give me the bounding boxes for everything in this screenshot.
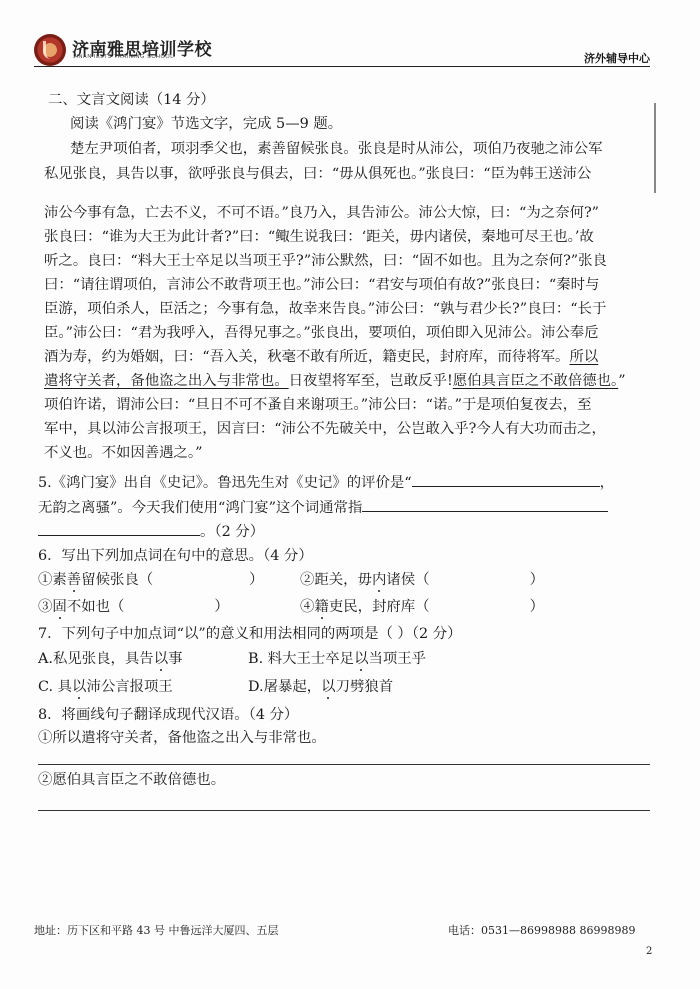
- q5-score: 。（2 分）: [200, 524, 264, 540]
- passage-line: 酒为寿，约为婚姻，曰：“吾入关，秋毫不敢有所近，籍吏民，封府库，而待将军。所以: [44, 347, 598, 367]
- underlined-text: 愿伯具言臣之不敢倍德也。: [453, 373, 619, 389]
- passage-line: 楚左尹项伯者，项羽季父也，素善留候张良。张良是时从沛公，项伯乃夜驰之沛公军: [70, 139, 602, 159]
- exam-page: 济南雅思培训学校 JINAN IELTS TRAINING SCHOOL 济外辅…: [0, 0, 700, 989]
- option-text: A.私见张良，具告: [38, 651, 154, 667]
- passage-line: 曰：“请往谓项伯，言沛公不敢背项王也。”沛公曰：“君安与项伯有故?”张良曰：“秦…: [44, 275, 599, 295]
- passage-line: 遣将守关者，备他盗之出入与非常也。日夜望将军至，岂敢反乎!愿伯具言臣之不敢倍德也…: [44, 371, 626, 391]
- q6-text: 诸侯（: [386, 572, 429, 588]
- question-7-title: 7．下列句子中加点词“以”的意义和用法相同的两项是（ ）（2 分）: [38, 624, 462, 644]
- option-text: C. 具: [38, 679, 72, 695]
- option-text: 刀劈狼首: [336, 679, 394, 695]
- q6-text: ）: [530, 572, 544, 588]
- passage-line: 臣。”沛公曰：“君为我呼入，吾得兄事之。”张良出，要项伯，项伯即入见沛公。沛公奉…: [44, 323, 599, 343]
- passage-text: 日夜望将军至，岂敢反乎!: [289, 373, 453, 389]
- passage-line: 军中，具以沛公言报项王，因言曰：“沛公不先破关中，公岂敢入乎?今人有大功而击之，: [44, 419, 606, 439]
- q7-option-d[interactable]: D.屠暴起，以刀劈狼首: [248, 677, 393, 697]
- question-6-title: 6．写出下列加点词在句中的意思。（4 分）: [38, 546, 313, 566]
- school-logo-icon: [34, 34, 66, 66]
- q6-text: ②距关，毋: [300, 572, 372, 588]
- passage-line: 张良曰：“谁为大王为此计者?”曰：“鲰生说我曰：‘距关，毋内诸侯，秦地可尽王也。…: [44, 227, 594, 247]
- passage-line: 项伯许诺，谓沛公曰：“旦日不可不蚤自来谢项王。”沛公曰：“诺。”于是项伯复夜去，…: [44, 395, 591, 415]
- option-text: 沛公言报项王: [86, 679, 172, 695]
- q6-text: ④: [300, 599, 314, 615]
- answer-line-2[interactable]: [38, 810, 650, 811]
- answer-line-1[interactable]: [38, 764, 650, 765]
- section-intro: 阅读《鸿门宴》节选文字，完成 5—9 题。: [70, 114, 342, 134]
- question-5-cont: 无韵之离骚”。今天我们使用“鸿门宴”这个词通常指: [38, 497, 608, 518]
- passage-line: 听之。良曰：“料大王士卒足以当项王乎?”沛公默然，曰：“固不如也。且为之奈何?”…: [44, 251, 607, 271]
- answer-blank[interactable]: [38, 521, 200, 536]
- question-5: 5.《鸿门宴》出自《史记》。鲁迅先生对《史记》的评价是“，: [38, 472, 614, 493]
- q7-option-b[interactable]: B. 料大王士卒足以当项王乎: [248, 649, 426, 669]
- q6-text: ①素: [38, 572, 67, 588]
- dotted-word: 以: [321, 679, 335, 695]
- q5-text: 5.《鸿门宴》出自《史记》。鲁迅先生对《史记》的评价是“: [38, 475, 412, 491]
- option-text: 事: [168, 651, 182, 667]
- q6-text: ）: [214, 599, 228, 615]
- page-number: 2: [646, 946, 652, 957]
- q8-item-2: ②愿伯具言臣之不敢倍德也。: [38, 770, 225, 790]
- option-text: 当项王乎: [368, 651, 426, 667]
- option-text: B. 料大王士卒足: [248, 651, 354, 667]
- page-header: 济南雅思培训学校 JINAN IELTS TRAINING SCHOOL 济外辅…: [34, 32, 650, 67]
- q6-text: 留候张良（: [81, 572, 153, 588]
- option-text: D.屠暴起，: [248, 679, 321, 695]
- dotted-word: 籍: [314, 599, 328, 615]
- dotted-word: 固: [52, 599, 66, 615]
- dotted-word: 以: [154, 651, 168, 667]
- footer-address: 地址：历下区和平路 43 号 中鲁远洋大厦四、五层: [34, 922, 279, 938]
- q6-text: ）: [249, 572, 263, 588]
- underlined-text: 所以: [569, 349, 598, 365]
- scan-edge-bar: [654, 103, 656, 193]
- passage-line: 私见张良，具告以事，欲呼张良与俱去，曰：“毋从俱死也。”张良曰：“臣为韩王送沛公: [44, 164, 591, 184]
- q6-item-3: ③固不如也（）: [38, 597, 229, 617]
- q6-item-2: ②距关，毋内诸侯（）: [300, 570, 544, 590]
- question-8-title: 8．将画线句子翻译成现代汉语。（4 分）: [38, 705, 298, 725]
- passage-line: 不义也。不如因善遇之。”: [44, 443, 202, 463]
- brand-name-en: JINAN IELTS TRAINING SCHOOL: [73, 54, 174, 60]
- answer-blank[interactable]: [412, 472, 600, 487]
- q8-item-1: ①所以遣将守关者，备他盗之出入与非常也。: [38, 728, 326, 748]
- passage-line: 沛公今事有急，亡去不义，不可不语。”良乃入，具告沛公。沛公大惊，曰：“为之奈何?…: [44, 203, 599, 223]
- q6-item-4: ④籍吏民，封府库（）: [300, 597, 544, 617]
- q7-option-c[interactable]: C. 具以沛公言报项王: [38, 677, 173, 697]
- q6-item-1: ①素善留候张良（）: [38, 570, 264, 590]
- footer-phone: 电话：0531—86998988 86998989: [448, 922, 635, 938]
- q5-text: ，: [600, 475, 614, 491]
- dotted-word: 善: [67, 572, 81, 588]
- q6-text: ③: [38, 599, 52, 615]
- passage-text: 酒为寿，约为婚姻，曰：“吾入关，秋毫不敢有所近，籍吏民，封府库，而待将军。: [44, 349, 569, 365]
- answer-blank[interactable]: [362, 497, 608, 512]
- dotted-word: 内: [372, 572, 386, 588]
- q6-text: 不如也（: [67, 599, 125, 615]
- question-5-cont: 。（2 分）: [38, 521, 264, 542]
- dotted-word: 以: [354, 651, 368, 667]
- q7-option-a[interactable]: A.私见张良，具告以事: [38, 649, 183, 669]
- q6-text: ）: [530, 599, 544, 615]
- dotted-word: 以: [72, 679, 86, 695]
- section-title: 二、文言文阅读（14 分）: [48, 90, 215, 110]
- underlined-text: 遣将守关者，备他盗之出入与非常也。: [44, 373, 289, 389]
- q5-text: 无韵之离骚”。今天我们使用“鸿门宴”这个词通常指: [38, 500, 362, 516]
- q6-text: 吏民，封府库（: [329, 599, 430, 615]
- center-label: 济外辅导中心: [584, 50, 650, 66]
- passage-line: 臣游，项伯杀人，臣活之；今事有急，故幸来告良。”沛公曰：“孰与君少长?”良曰：“…: [44, 299, 606, 319]
- passage-text: ”: [618, 373, 625, 389]
